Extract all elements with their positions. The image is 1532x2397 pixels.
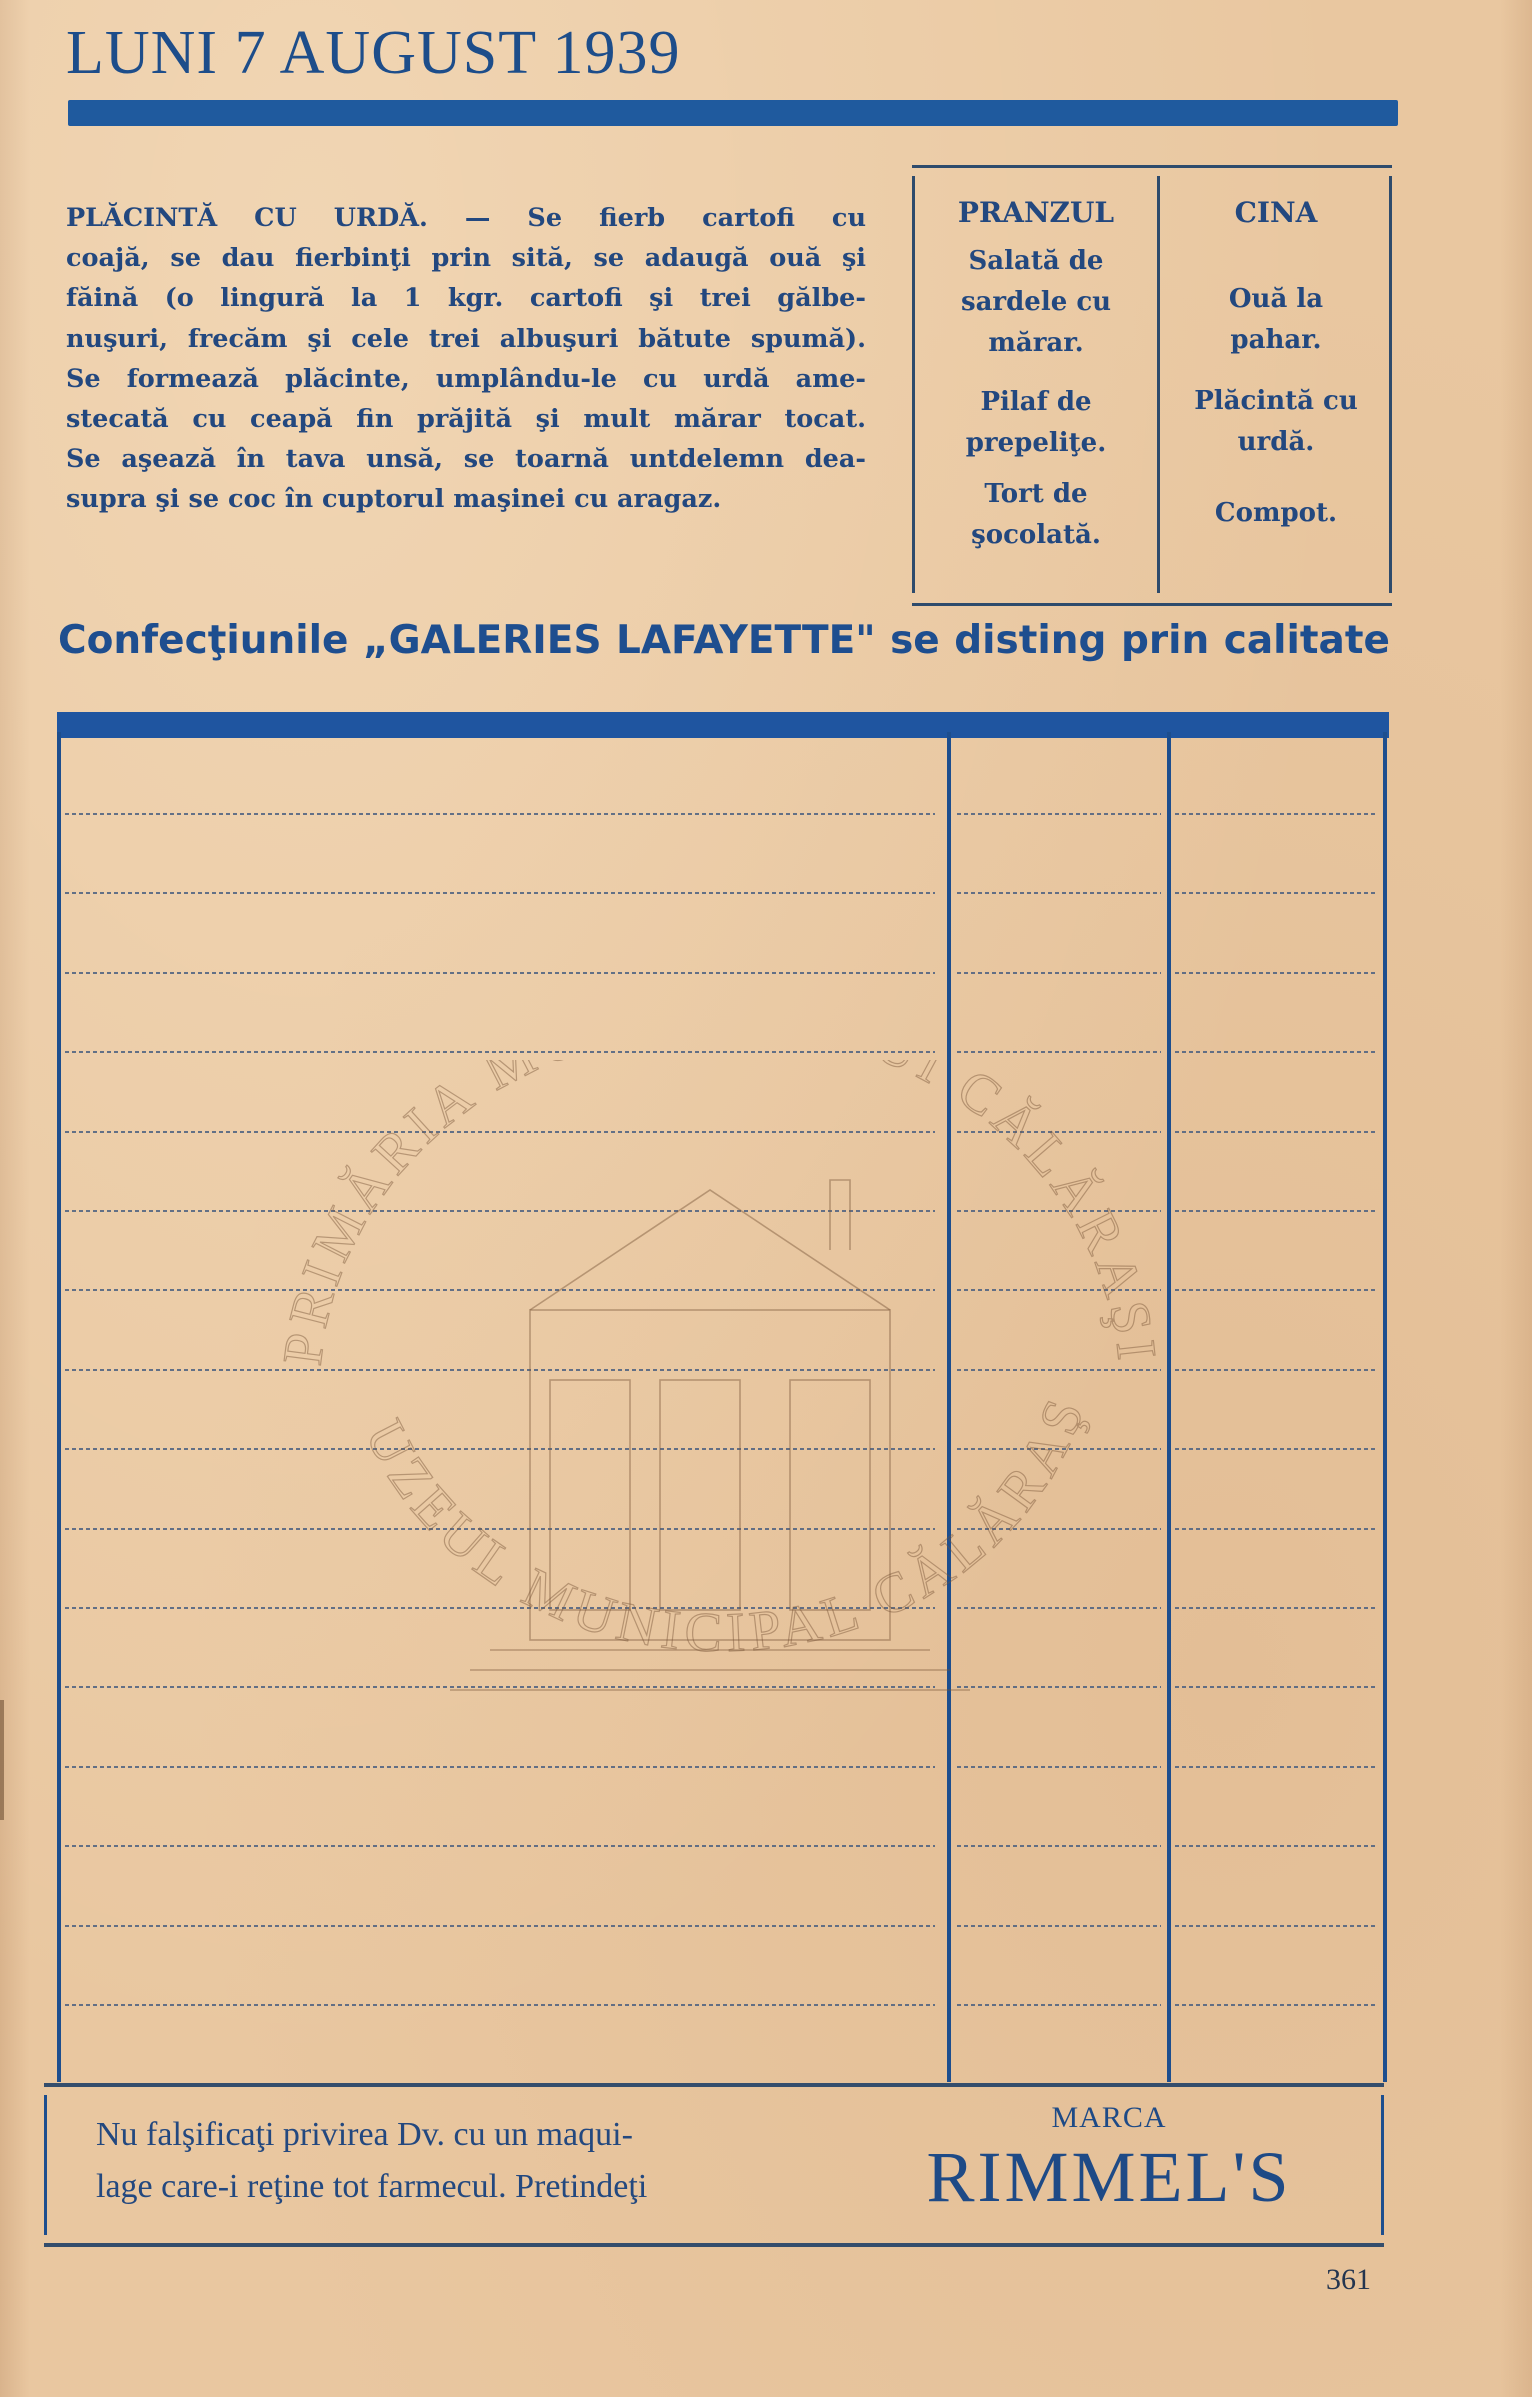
ledger-rule-line bbox=[65, 1210, 935, 1212]
lunch-item: sardele cu bbox=[916, 282, 1156, 323]
lunch-item: Tort de bbox=[916, 474, 1156, 515]
ledger-rule-line bbox=[957, 1289, 1161, 1291]
page-edge-mark bbox=[0, 1700, 4, 1820]
ledger-column-divider bbox=[947, 732, 951, 2082]
ledger-border-left bbox=[57, 732, 61, 2082]
ledger-rule-line bbox=[65, 972, 935, 974]
ledger-grid bbox=[57, 712, 1389, 2082]
ledger-rule-line bbox=[1175, 1131, 1377, 1133]
ledger-rule-line bbox=[957, 1369, 1161, 1371]
ledger-rule-line bbox=[65, 1051, 935, 1053]
slogan-word: calitate bbox=[1224, 618, 1390, 663]
recipe-line: făină (o lingură la 1 kgr. cartofi şi tr… bbox=[66, 278, 866, 318]
ledger-rule-line bbox=[1175, 1289, 1377, 1291]
menu-box: PRANZUL Salată de sardele cu mărar. Pila… bbox=[912, 165, 1392, 606]
ledger-border-right bbox=[1383, 732, 1387, 2082]
recipe-line: coajă, se dau fierbinţi prin sită, se ad… bbox=[66, 238, 866, 278]
ledger-rule-line bbox=[65, 1686, 935, 1688]
menu-dinner-column: CINA Ouă la pahar. Plăcintă cu urdă. Com… bbox=[1162, 196, 1390, 534]
ad-line: Nu falşificaţi privirea Dv. cu un maqui- bbox=[96, 2109, 896, 2161]
slogan-word: se bbox=[890, 618, 940, 663]
lunch-item: Salată de bbox=[916, 241, 1156, 282]
ledger-rule-line bbox=[1175, 1051, 1377, 1053]
ad-line: lage care-i reţine tot farmecul. Pretind… bbox=[96, 2161, 896, 2213]
slogan-word: Confecţiunile bbox=[58, 618, 348, 663]
ledger-rule-line bbox=[65, 1131, 935, 1133]
ledger-rule-line bbox=[957, 1845, 1161, 1847]
slogan-word: prin bbox=[1121, 618, 1209, 663]
ledger-rule-line bbox=[65, 1369, 935, 1371]
ledger-rule-line bbox=[957, 1686, 1161, 1688]
ledger-rule-line bbox=[1175, 972, 1377, 974]
slogan-word: LAFAYETTE" bbox=[616, 618, 876, 663]
dinner-heading: CINA bbox=[1162, 196, 1390, 229]
rimmel-advertisement: Nu falşificaţi privirea Dv. cu un maqui-… bbox=[44, 2083, 1384, 2247]
ledger-rule-line bbox=[957, 1051, 1161, 1053]
recipe-line: supra şi se coc în cuptorul maşinei cu a… bbox=[66, 479, 866, 519]
ledger-rule-line bbox=[1175, 813, 1377, 815]
ledger-rule-line bbox=[65, 892, 935, 894]
ledger-rule-line bbox=[957, 1607, 1161, 1609]
recipe-line: stecată cu ceapă fin prăjită şi mult măr… bbox=[66, 399, 866, 439]
ledger-column-divider bbox=[1167, 732, 1171, 2082]
ledger-rule-line bbox=[65, 1448, 935, 1450]
lunch-item: şocolată. bbox=[916, 515, 1156, 556]
ledger-rule-line bbox=[65, 1607, 935, 1609]
slogan-word: disting bbox=[954, 618, 1106, 663]
brand-name: RIMMEL'S bbox=[914, 2135, 1304, 2219]
menu-divider bbox=[1157, 176, 1160, 593]
ledger-rule-line bbox=[957, 813, 1161, 815]
lunch-item: mărar. bbox=[916, 323, 1156, 364]
ledger-rule-line bbox=[957, 1766, 1161, 1768]
recipe-line: Se aşează în tava unsă, se toarnă untdel… bbox=[66, 439, 866, 479]
slogan-galeries-lafayette: Confecţiunile „GALERIES LAFAYETTE" se di… bbox=[58, 618, 1390, 663]
recipe-text: PLĂCINTĂ CU URDĂ. — Se fierb cartofi cu … bbox=[66, 198, 866, 520]
ledger-rule-line bbox=[65, 813, 935, 815]
ledger-rule-line bbox=[957, 1528, 1161, 1530]
ledger-header-bar bbox=[57, 712, 1389, 738]
ad-copy: Nu falşificaţi privirea Dv. cu un maqui-… bbox=[96, 2109, 896, 2213]
ledger-rule-line bbox=[1175, 2004, 1377, 2006]
ledger-rule-line bbox=[1175, 1686, 1377, 1688]
page-number: 361 bbox=[1326, 2263, 1371, 2297]
ledger-rule-line bbox=[1175, 1607, 1377, 1609]
ledger-rule-line bbox=[1175, 1448, 1377, 1450]
title-underline-bar bbox=[68, 100, 1398, 126]
ledger-rule-line bbox=[957, 892, 1161, 894]
ledger-rule-line bbox=[1175, 1210, 1377, 1212]
dinner-item: Plăcintă cu bbox=[1162, 381, 1390, 422]
lunch-item: Pilaf de bbox=[916, 382, 1156, 423]
lunch-item: prepeliţe. bbox=[916, 423, 1156, 464]
recipe-line: nuşuri, frecăm şi cele trei albuşuri băt… bbox=[66, 319, 866, 359]
ledger-rule-line bbox=[957, 2004, 1161, 2006]
ledger-rule-line bbox=[1175, 1369, 1377, 1371]
ledger-rule-line bbox=[65, 1766, 935, 1768]
ledger-rule-line bbox=[957, 972, 1161, 974]
lunch-heading: PRANZUL bbox=[916, 196, 1156, 229]
dinner-item: urdă. bbox=[1162, 422, 1390, 463]
ledger-rule-line bbox=[1175, 1528, 1377, 1530]
page-title: LUNI 7 AUGUST 1939 bbox=[66, 16, 680, 90]
ledger-rule-line bbox=[65, 1925, 935, 1927]
ledger-rule-line bbox=[1175, 1925, 1377, 1927]
ledger-rule-line bbox=[65, 1845, 935, 1847]
menu-border-left bbox=[912, 176, 915, 593]
recipe-line: Se formează plăcinte, umplându-le cu urd… bbox=[66, 359, 866, 399]
ledger-rule-line bbox=[1175, 1766, 1377, 1768]
dinner-item: pahar. bbox=[1162, 320, 1390, 361]
slogan-word: „GALERIES bbox=[363, 618, 602, 663]
ad-border-left bbox=[44, 2095, 47, 2235]
ledger-rule-line bbox=[957, 1448, 1161, 1450]
ledger-rule-line bbox=[957, 1210, 1161, 1212]
brand-label: MARCA bbox=[914, 2101, 1304, 2135]
ledger-rule-line bbox=[65, 1528, 935, 1530]
ledger-rule-line bbox=[957, 1131, 1161, 1133]
ledger-rule-line bbox=[1175, 1845, 1377, 1847]
menu-lunch-column: PRANZUL Salată de sardele cu mărar. Pila… bbox=[916, 196, 1156, 556]
ledger-rule-line bbox=[1175, 892, 1377, 894]
ledger-rule-line bbox=[65, 1289, 935, 1291]
ad-border-right bbox=[1381, 2095, 1384, 2235]
ledger-rule-line bbox=[957, 1925, 1161, 1927]
recipe-line: PLĂCINTĂ CU URDĂ. — Se fierb cartofi cu bbox=[66, 198, 866, 238]
ad-brand: MARCA RIMMEL'S bbox=[914, 2101, 1304, 2219]
ledger-rule-line bbox=[65, 2004, 935, 2006]
dinner-item: Compot. bbox=[1162, 493, 1390, 534]
dinner-item: Ouă la bbox=[1162, 279, 1390, 320]
